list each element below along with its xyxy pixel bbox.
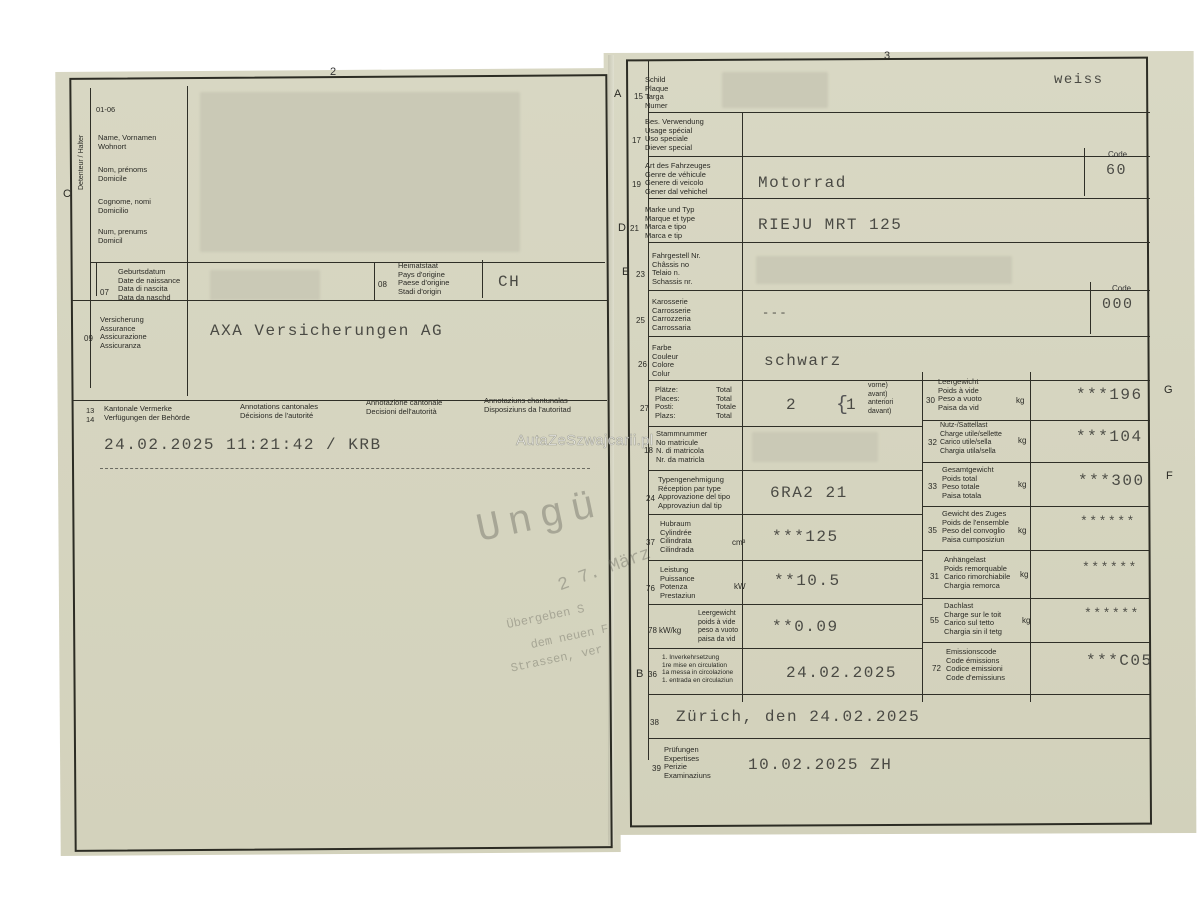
- insurance-label: Versicherung Assurance Assicurazione Ass…: [100, 316, 147, 350]
- power-weight-value: **0.09: [772, 618, 839, 636]
- power-weight-label: Leergewicht poids à vide peso a vuoto pa…: [698, 610, 738, 644]
- power-weight-unit: kW/kg: [659, 626, 681, 635]
- vehicle-type-value: Motorrad: [758, 174, 847, 192]
- divider: [648, 470, 922, 471]
- holder-label-fr: Nom, prénoms Domicile: [98, 166, 147, 183]
- divider: [648, 604, 922, 605]
- field-39-number: 39: [652, 764, 661, 773]
- combination-weight-label: Gewicht des Zuges Poids de l'ensemble Pe…: [942, 510, 1009, 544]
- field-25-number: 25: [636, 316, 645, 325]
- field-31-number: 31: [930, 572, 939, 581]
- field-72-number: 72: [932, 664, 941, 673]
- divider: [1084, 148, 1085, 196]
- section-marker-g: G: [1164, 384, 1173, 396]
- field-26-number: 26: [638, 360, 647, 369]
- seats-front-label: vorne) avant) anteriori davant): [868, 382, 893, 416]
- field-35-number: 35: [928, 526, 937, 535]
- origin-label: Heimatstaat Pays d'origine Paese d'origi…: [398, 262, 449, 296]
- holder-code: 01-06: [96, 106, 115, 115]
- plate-label: Schild Plaque Targa Numer: [645, 76, 668, 110]
- section-marker-e: E: [622, 266, 629, 278]
- origin-value: CH: [498, 273, 520, 291]
- divider: [187, 86, 188, 396]
- matricule-label: Stammnummer No matricule N. di matricola…: [656, 430, 707, 464]
- birth-date-redacted: [210, 270, 320, 300]
- field-37-number: 37: [646, 538, 655, 547]
- roof-load-unit: kg: [1022, 616, 1030, 625]
- matricule-value-redacted: [752, 432, 878, 462]
- field-38-number: 38: [650, 718, 659, 727]
- divider: [922, 506, 1150, 507]
- holder-vertical-label: Detenteur / Halter: [78, 135, 85, 190]
- body-label: Karosserie Carrosserie Carrozzeria Carro…: [652, 298, 691, 332]
- seats-total-label: Total Total Totale Total: [716, 386, 736, 420]
- divider: [742, 112, 743, 702]
- divider: [648, 336, 1150, 337]
- section-marker-b: B: [636, 668, 643, 680]
- empty-weight-unit: kg: [1016, 396, 1024, 405]
- trailer-load-value: ******: [1082, 560, 1138, 575]
- colour-label: Farbe Couleur Colore Colur: [652, 344, 678, 378]
- remarks-field-numbers: 13 14: [86, 407, 94, 424]
- inspection-value: 10.02.2025 ZH: [748, 756, 892, 774]
- trailer-load-unit: kg: [1020, 570, 1028, 579]
- field-24-number: 24: [646, 494, 655, 503]
- roof-load-value: ******: [1084, 606, 1140, 621]
- divider: [72, 300, 607, 301]
- divider: [90, 262, 605, 263]
- divider: [648, 112, 1150, 113]
- watermark: AutaZeSzwajcarii.pl: [516, 432, 653, 449]
- section-marker-d: D: [618, 222, 626, 234]
- divider: [922, 642, 1150, 643]
- body-code: 000: [1102, 296, 1134, 313]
- field-32-number: 32: [928, 438, 937, 447]
- remarks-dashed-line: [100, 468, 590, 469]
- holder-label-it: Cognome, nomi Domicilio: [98, 198, 151, 215]
- make-model-label: Marke und Typ Marque et type Marca e tip…: [645, 206, 695, 240]
- empty-weight-value: ***196: [1076, 386, 1143, 404]
- remarks-label-rm: Annotaziuns chantunalas Disposiziuns da …: [484, 397, 571, 414]
- plate-value-redacted: [722, 72, 828, 108]
- divider: [648, 242, 1150, 243]
- insurance-value: AXA Versicherungen AG: [210, 322, 443, 340]
- divider: [648, 156, 1150, 157]
- birth-date-label: Geburtsdatum Date de naissance Data di n…: [118, 268, 180, 302]
- empty-weight-label: Leergewicht Poids à vide Peso a vuoto Pa…: [938, 378, 982, 412]
- field-33-number: 33: [928, 482, 937, 491]
- field-17-number: 17: [632, 136, 641, 145]
- seats-front-value: 1: [846, 396, 857, 414]
- type-approval-value: 6RA2 21: [770, 484, 848, 502]
- displacement-value: ***125: [772, 528, 839, 546]
- power-label: Leistung Puissance Potenza Prestaziun: [660, 566, 695, 600]
- field-19-number: 19: [632, 180, 641, 189]
- chassis-value-redacted: [756, 256, 1012, 284]
- field-36-number: 36: [648, 670, 657, 679]
- seats-label: Plätze: Places: Posti: Plazs:: [655, 386, 680, 420]
- divider: [648, 380, 1150, 381]
- holder-label-rm: Num, prenums Domicil: [98, 228, 147, 245]
- trailer-load-label: Anhängelast Poids remorquable Carico rim…: [944, 556, 1010, 590]
- field-07-number: 07: [100, 288, 109, 297]
- divider: [1090, 282, 1091, 334]
- vehicle-type-code: 60: [1106, 162, 1127, 179]
- emission-code-label: Emissionscode Code émissions Codice emis…: [946, 648, 1005, 682]
- field-21-number: 21: [630, 224, 639, 233]
- payload-value: ***104: [1076, 428, 1143, 446]
- power-value: **10.5: [774, 572, 841, 590]
- type-approval-label: Typengenehmigung Réception par type Appr…: [658, 476, 730, 510]
- first-registration-value: 24.02.2025: [786, 664, 897, 682]
- emission-code-value: ***C05: [1086, 652, 1153, 670]
- vehicle-type-label: Art des Fahrzeuges Genre de véhicule Gen…: [645, 162, 710, 196]
- field-55-number: 55: [930, 616, 939, 625]
- combination-weight-unit: kg: [1018, 526, 1026, 535]
- special-use-label: Bes. Verwendung Usage spécial Uso specia…: [645, 118, 704, 152]
- place-date-value: Zürich, den 24.02.2025: [676, 708, 920, 726]
- payload-label: Nutz-/Sattellast Charge utile/sellette C…: [940, 422, 1002, 456]
- total-weight-unit: kg: [1018, 480, 1026, 489]
- field-30-number: 30: [926, 396, 935, 405]
- displacement-label: Hubraum Cylindrée Cilindrata Cilindrada: [660, 520, 694, 554]
- divider: [648, 198, 1150, 199]
- divider: [922, 420, 1150, 421]
- divider: [648, 290, 1150, 291]
- field-15-number: 15: [634, 92, 643, 101]
- field-08-number: 08: [378, 280, 387, 289]
- remarks-value: 24.02.2025 11:21:42 / KRB: [104, 436, 382, 454]
- field-27-number: 27: [640, 404, 649, 413]
- chassis-label: Fahrgestell Nr. Châssis no Telaio n. Sch…: [652, 252, 701, 286]
- total-weight-value: ***300: [1078, 472, 1145, 490]
- total-weight-label: Gesamtgewicht Poids total Peso totale Pa…: [942, 466, 994, 500]
- divider: [922, 550, 1150, 551]
- field-76-number: 76: [646, 584, 655, 593]
- body-value: ---: [762, 306, 788, 320]
- field-09-number: 09: [84, 334, 93, 343]
- divider: [482, 260, 483, 298]
- colour-value: schwarz: [764, 352, 842, 370]
- divider: [374, 262, 375, 300]
- holder-value-redacted: [200, 92, 520, 252]
- divider: [648, 426, 922, 427]
- make-model-value: RIEJU MRT 125: [758, 216, 902, 234]
- body-code-label: Code: [1112, 284, 1131, 293]
- vehicle-type-code-label: Code: [1108, 150, 1127, 159]
- divider: [648, 514, 922, 515]
- divider: [648, 648, 922, 649]
- divider: [96, 262, 97, 296]
- divider: [648, 738, 1150, 739]
- field-78-number: 78: [648, 626, 657, 635]
- divider: [922, 372, 923, 702]
- plate-colour-value: weiss: [1054, 72, 1104, 88]
- first-registration-label: 1. Inverkehrsetzung 1re mise en circulat…: [662, 654, 733, 684]
- section-marker-a: A: [614, 88, 621, 100]
- inspection-label: Prüfungen Expertises Perizie Examinaziun…: [664, 746, 711, 780]
- divider: [90, 88, 91, 388]
- divider: [648, 694, 1150, 695]
- divider: [648, 560, 922, 561]
- section-marker-f: F: [1166, 470, 1173, 482]
- combination-weight-value: ******: [1080, 514, 1136, 529]
- remarks-label-it: Annotazione cantonale Decisioni dell'aut…: [366, 399, 442, 416]
- field-23-number: 23: [636, 270, 645, 279]
- remarks-label-fr: Annotations cantonales Décisions de l'au…: [240, 403, 318, 420]
- power-unit: kW: [734, 582, 746, 591]
- section-marker-c: C: [63, 188, 71, 200]
- holder-label-de: Name, Vornamen Wohnort: [98, 134, 156, 151]
- roof-load-label: Dachlast Charge sur le toit Carico sul t…: [944, 602, 1002, 636]
- displacement-unit: cm³: [732, 538, 745, 547]
- divider: [1030, 372, 1031, 702]
- seats-total-value: 2: [786, 396, 797, 414]
- payload-unit: kg: [1018, 436, 1026, 445]
- remarks-label-de: Kantonale Vermerke Verfügungen der Behör…: [104, 405, 190, 422]
- divider: [922, 462, 1150, 463]
- divider: [922, 598, 1150, 599]
